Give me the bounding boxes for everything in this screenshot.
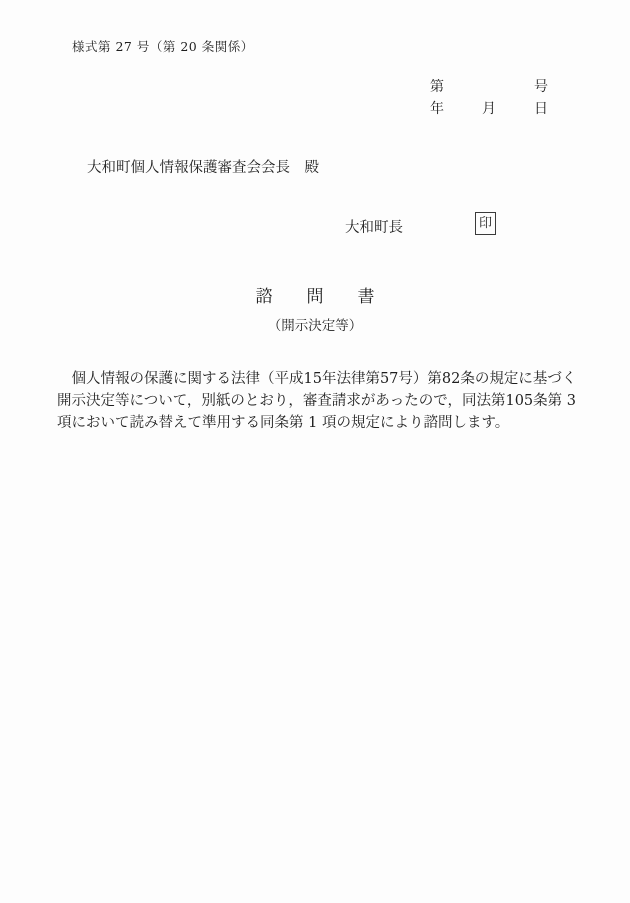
document-title: 諮 問 書 [0,282,630,307]
body-line-2: 開示決定等について，別紙のとおり，審査請求があったので，同法第105条第 3 [57,390,579,412]
form-number-label: 様式第 27 号（第 20 条関係） [72,37,254,55]
doc-number-line: 第 号 [430,76,548,96]
document-subtitle: （開示決定等） [0,314,630,334]
body-paragraph: 個人情報の保護に関する法律（平成15年法律第57号）第82条の規定に基づく 開示… [57,368,579,434]
doc-number-prefix: 第 [430,76,444,96]
addressee-line: 大和町個人情報保護審査会会長 殿 [87,156,319,177]
body-line-1: 個人情報の保護に関する法律（平成15年法律第57号）第82条の規定に基づく [57,368,579,390]
sender-title: 大和町長 [345,216,403,237]
document-page: 様式第 27 号（第 20 条関係） 第 号 年 月 日 大和町個人情報保護審査… [0,0,630,903]
date-line: 年 月 日 [430,98,548,118]
doc-number-suffix: 号 [534,76,548,96]
date-year-label: 年 [430,98,444,118]
body-line-3: 項において読み替えて準用する同条第 1 項の規定により諮問します。 [57,412,579,434]
seal-placeholder-box: 印 [475,212,496,235]
date-month-label: 月 [482,98,496,118]
date-day-label: 日 [534,98,548,118]
